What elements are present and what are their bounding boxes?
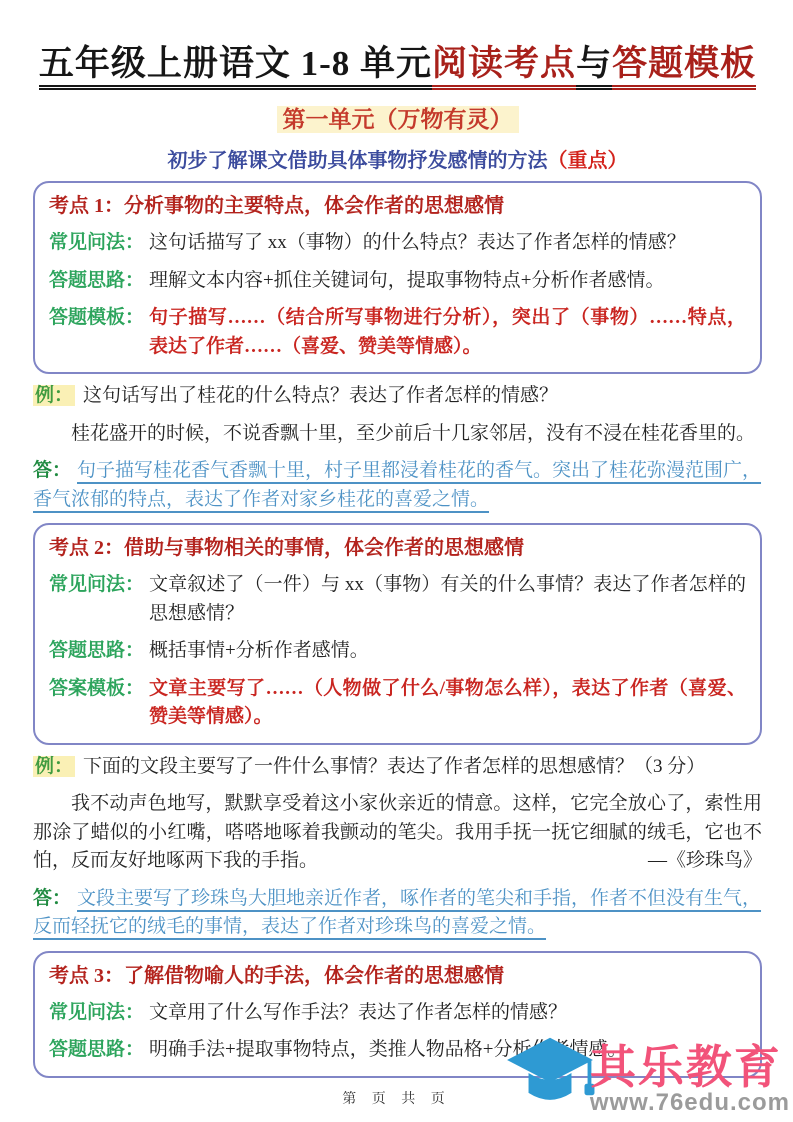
answer-label: 答： [33, 460, 71, 481]
row-text: 这句话描写了 xx（事物）的什么特点？表达了作者怎样的情感？ [149, 229, 686, 258]
example2-passage: 我不动声色地写，默默享受着这小家伙亲近的情意。这样，它完全放心了，索性用那涂了蜡… [33, 790, 762, 876]
row-label: 答题思路： [49, 267, 144, 296]
example1-answer-line: 答：句子描写桂花香气香飘十里，村子里都浸着桂花的香气。突出了桂花弥漫范围广，香气… [33, 457, 762, 514]
row-text: 文章用了什么写作手法？表达了作者怎样的情感？ [149, 999, 567, 1028]
example1-question-line: 例：这句话写出了桂花的什么特点？表达了作者怎样的情感？ [33, 382, 762, 411]
example2-question-line: 例：下面的文段主要写了一件什么事情？表达了作者怎样的思想感情？（3 分） [33, 753, 762, 782]
row-label: 答案模板： [49, 675, 144, 704]
example-question: 下面的文段主要写了一件什么事情？表达了作者怎样的思想感情？（3 分） [83, 756, 705, 777]
example-label: 例： [33, 385, 75, 406]
graduation-cap-icon [504, 1032, 596, 1114]
row-text: 文章叙述了（一件）与 xx（事物）有关的什么事情？表达了作者怎样的思想感情？ [149, 571, 746, 628]
title-segment-black-1: 五年级上册语文 1-8 单元 [39, 44, 432, 90]
unit-subheading-text: 初步了解课文借助具体事物抒发感情的方法 [168, 150, 548, 172]
row-text: 概括事情+分析作者感情。 [149, 637, 369, 666]
example-block-2: 例：下面的文段主要写了一件什么事情？表达了作者怎样的思想感情？（3 分） 我不动… [33, 753, 762, 942]
example2-answer-line: 答：文段主要写了珍珠鸟大胆地亲近作者，啄作者的笔尖和手指，作者不但没有生气，反而… [33, 885, 762, 942]
box3-row-question-type: 常见问法： 文章用了什么写作手法？表达了作者怎样的情感？ [49, 999, 746, 1028]
row-label: 常见问法： [49, 571, 144, 600]
row-label: 答题模板： [49, 304, 144, 333]
example-question: 这句话写出了桂花的什么特点？表达了作者怎样的情感？ [83, 385, 558, 406]
passage-source: —《珍珠鸟》 [648, 847, 762, 876]
box2-row-question-type: 常见问法： 文章叙述了（一件）与 xx（事物）有关的什么事情？表达了作者怎样的思… [49, 571, 746, 628]
example1-passage: 桂花盛开的时候，不说香飘十里，至少前后十几家邻居，没有不浸在桂花香里的。 [33, 420, 762, 449]
title-segment-red-1: 阅读考点 [432, 44, 576, 90]
kaodian-box-2: 考点 2：借助与事物相关的事情，体会作者的思想感情 常见问法： 文章叙述了（一件… [33, 523, 762, 745]
box2-row-answer-template: 答案模板： 文章主要写了……（人物做了什么/事物怎么样），表达了作者（喜爱、赞美… [49, 675, 746, 732]
box1-row-answer-template: 答题模板： 句子描写……（结合所写事物进行分析），突出了（事物）……特点，表达了… [49, 304, 746, 361]
document-title: 五年级上册语文 1-8 单元阅读考点与答题模板 [33, 40, 762, 87]
example-label: 例： [33, 756, 75, 777]
box1-heading: 考点 1：分析事物的主要特点，体会作者的思想感情 [49, 192, 746, 220]
title-segment-black-2: 与 [576, 44, 612, 90]
box1-row-question-type: 常见问法： 这句话描写了 xx（事物）的什么特点？表达了作者怎样的情感？ [49, 229, 746, 258]
row-text: 句子描写……（结合所写事物进行分析），突出了（事物）……特点，表达了作者……（喜… [149, 304, 746, 361]
example-block-1: 例：这句话写出了桂花的什么特点？表达了作者怎样的情感？ 桂花盛开的时候，不说香飘… [33, 382, 762, 514]
watermark-text: 其乐教育 www.76edu.com [590, 1044, 790, 1116]
row-label: 答题思路： [49, 1036, 144, 1065]
box2-heading: 考点 2：借助与事物相关的事情，体会作者的思想感情 [49, 534, 746, 562]
box1-row-answer-approach: 答题思路： 理解文本内容+抓住关键词句，提取事物特点+分析作者感情。 [49, 267, 746, 296]
watermark-brand: 其乐教育 [590, 1044, 782, 1090]
answer-text: 文段主要写了珍珠鸟大胆地亲近作者，啄作者的笔尖和手指，作者不但没有生气，反而轻抚… [33, 888, 761, 938]
unit-heading: 第一单元（万物有灵） [33, 101, 762, 134]
kaodian-box-1: 考点 1：分析事物的主要特点，体会作者的思想感情 常见问法： 这句话描写了 xx… [33, 181, 762, 374]
unit-subheading-mark: （重点） [548, 150, 628, 172]
row-label: 常见问法： [49, 999, 144, 1028]
answer-label: 答： [33, 888, 71, 909]
title-segment-red-2: 答题模板 [612, 44, 756, 90]
answer-text: 句子描写桂花香气香飘十里，村子里都浸着桂花的香气。突出了桂花弥漫范围广，香气浓郁… [33, 460, 761, 510]
unit-subheading: 初步了解课文借助具体事物抒发感情的方法（重点） [33, 144, 762, 173]
row-label: 答题思路： [49, 637, 144, 666]
box3-heading: 考点 3：了解借物喻人的手法，体会作者的思想感情 [49, 962, 746, 990]
row-label: 常见问法： [49, 229, 144, 258]
unit-heading-text: 第一单元（万物有灵） [277, 106, 519, 133]
document-page: 五年级上册语文 1-8 单元阅读考点与答题模板 第一单元（万物有灵） 初步了解课… [0, 0, 793, 1078]
row-text: 文章主要写了……（人物做了什么/事物怎么样），表达了作者（喜爱、赞美等情感）。 [149, 675, 746, 732]
watermark: 其乐教育 www.76edu.com [504, 1032, 790, 1116]
box2-row-answer-approach: 答题思路： 概括事情+分析作者感情。 [49, 637, 746, 666]
watermark-url: www.76edu.com [590, 1090, 790, 1116]
row-text: 理解文本内容+抓住关键词句，提取事物特点+分析作者感情。 [149, 267, 664, 296]
